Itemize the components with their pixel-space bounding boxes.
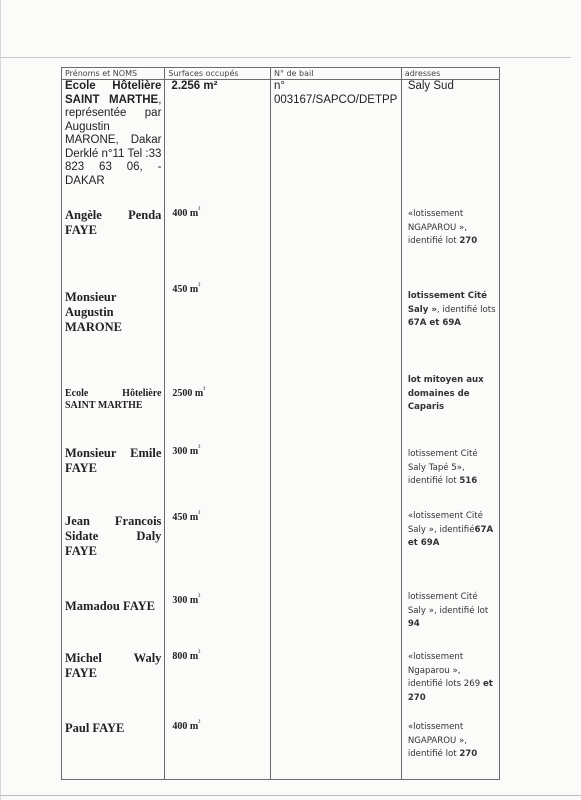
row-surface: 800 m² xyxy=(165,647,271,715)
scan-artifact-line-bottom xyxy=(0,795,581,796)
row-surface: 450 m² xyxy=(165,284,271,370)
row-address: «lotissement Cité Saly », identifié67A e… xyxy=(401,504,499,589)
header-names: Prénoms et NOMS xyxy=(62,68,165,80)
row-name: Paul FAYE xyxy=(62,715,165,780)
scan-edge-shadow xyxy=(0,0,1,800)
table-row: Michel Waly FAYE 800 m² «lotissement Nga… xyxy=(62,647,500,715)
bail-prefix: n° xyxy=(274,80,398,94)
row-name: Angèle Penda FAYE xyxy=(62,196,165,284)
row-address: lot mitoyen aux domaines de Caparis xyxy=(401,370,499,440)
row-bail xyxy=(270,196,401,284)
table-row: Ecole Hôtelière SAINT MARTHE, représenté… xyxy=(62,80,500,197)
row-bail xyxy=(270,504,401,589)
row-bail xyxy=(270,647,401,715)
row-address: lotissement Cité Saly », identifié lot 9… xyxy=(401,589,499,647)
row-address: lotissement Cité Saly Tapé 5», identifié… xyxy=(401,440,499,504)
row-address: lotissement Cité Saly », identifié lots … xyxy=(401,284,499,370)
row-bail xyxy=(270,589,401,647)
row-bail: n° 003167/SAPCO/DETPP xyxy=(270,80,401,197)
header-addresses: adresses xyxy=(401,68,499,80)
row-name: Monsieur Augustin MARONE xyxy=(62,284,165,370)
row-name: Ecole Hôtelière SAINT MARTHE, représenté… xyxy=(62,80,165,197)
row-surface: 300 m² xyxy=(165,589,271,647)
name-bold-part: SAINT MARTHE xyxy=(65,94,158,106)
table-row: Monsieur Augustin MARONE 450 m² lotissem… xyxy=(62,284,500,370)
row-surface: 400 m² xyxy=(165,715,271,780)
row-name: Ecole Hôtelière SAINT MARTHE xyxy=(62,370,165,440)
row-name: Jean Francois Sidate Daly FAYE xyxy=(62,504,165,589)
row-address: Saly Sud xyxy=(401,80,499,197)
table-row: Jean Francois Sidate Daly FAYE 450 m² «l… xyxy=(62,504,500,589)
row-bail xyxy=(270,440,401,504)
table-row: Monsieur Emile FAYE 300 m² lotissement C… xyxy=(62,440,500,504)
row-name: Mamadou FAYE xyxy=(62,589,165,647)
row-surface: 450 m² xyxy=(165,504,271,589)
lease-table: Prénoms et NOMS Surfaces occupés N° de b… xyxy=(61,67,500,780)
header-surfaces: Surfaces occupés xyxy=(165,68,271,80)
row-bail xyxy=(270,370,401,440)
name-details: , représentée par Augustin MARONE, Dakar… xyxy=(65,94,161,187)
row-surface: 2.256 m² xyxy=(165,80,271,197)
table-row: Ecole Hôtelière SAINT MARTHE 2500 m² lot… xyxy=(62,370,500,440)
row-address: «lotissement Ngaparou », identifié lots … xyxy=(401,647,499,715)
row-bail xyxy=(270,715,401,780)
row-surface: 2500 m² xyxy=(165,370,271,440)
scan-artifact-line-top xyxy=(0,57,571,58)
row-address: «lotissement NGAPAROU », identifié lot 2… xyxy=(401,196,499,284)
header-bail-number: N° de bail xyxy=(270,68,401,80)
table-header-row: Prénoms et NOMS Surfaces occupés N° de b… xyxy=(62,68,500,80)
row-surface: 300 m² xyxy=(165,440,271,504)
bail-number: 003167/SAPCO/DETPP xyxy=(274,94,398,108)
row-name: Monsieur Emile FAYE xyxy=(62,440,165,504)
row-name: Michel Waly FAYE xyxy=(62,647,165,715)
row-bail xyxy=(270,284,401,370)
table-row: Paul FAYE 400 m² «lotissement NGAPAROU »… xyxy=(62,715,500,780)
table-row: Mamadou FAYE 300 m² lotissement Cité Sal… xyxy=(62,589,500,647)
table-row: Angèle Penda FAYE 400 m² «lotissement NG… xyxy=(62,196,500,284)
name-bold-part: Ecole Hôtelière xyxy=(65,80,161,92)
row-address: «lotissement NGAPAROU », identifié lot 2… xyxy=(401,715,499,780)
row-surface: 400 m² xyxy=(165,196,271,284)
